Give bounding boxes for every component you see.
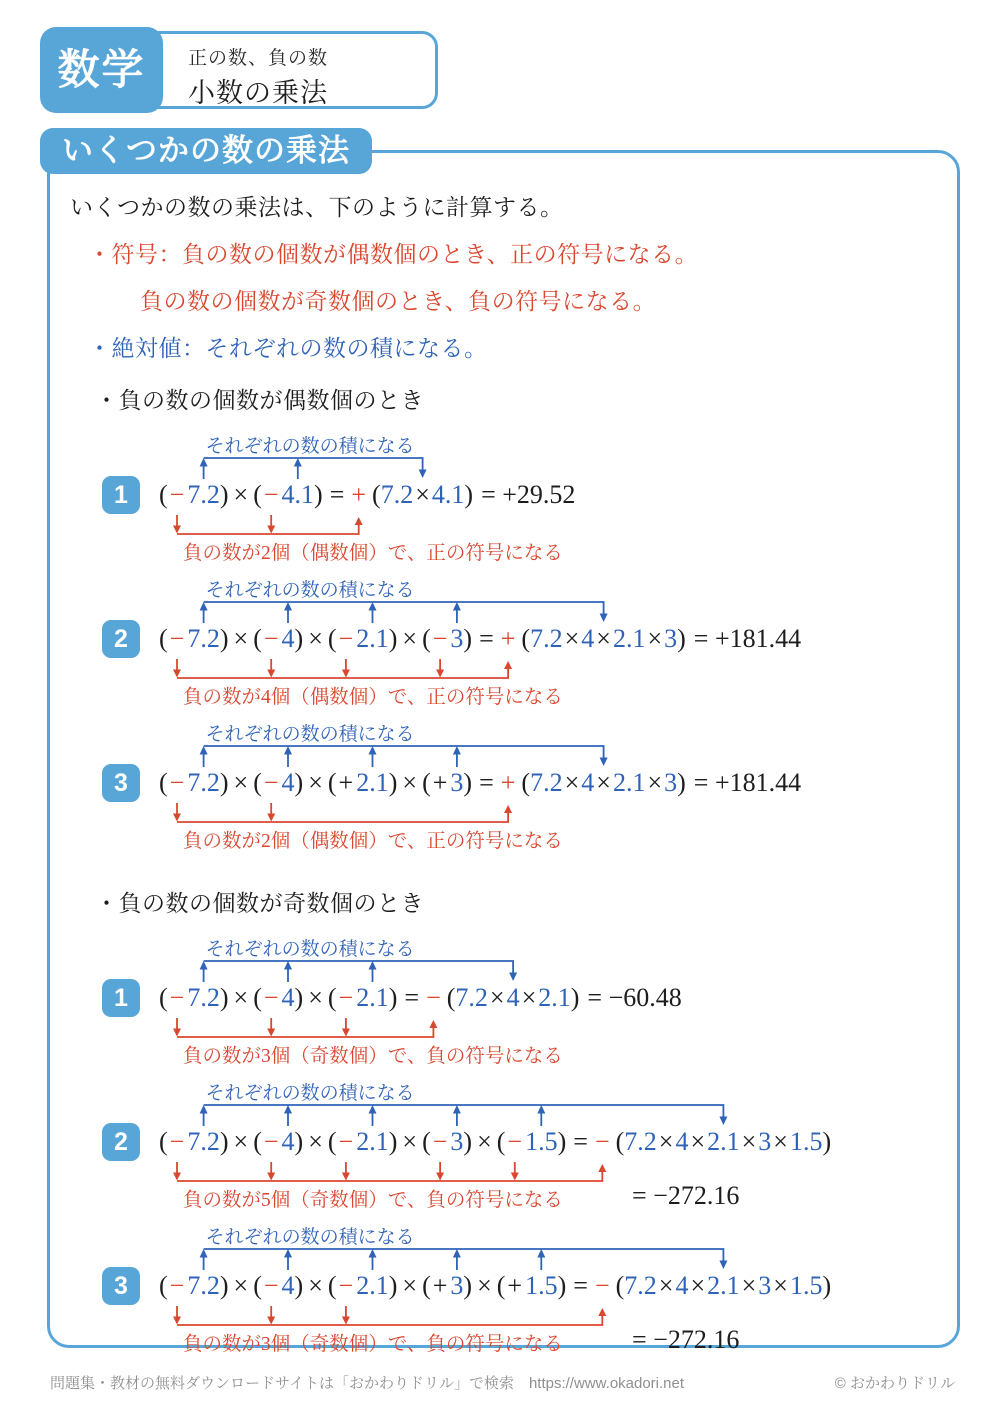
times-operator: × (773, 1271, 788, 1300)
times-operator: × (659, 1271, 674, 1300)
odd-case-heading: ・負の数の個数が奇数個のとき (95, 885, 945, 918)
factor-value: 1.5 (525, 1127, 558, 1156)
product-value: 3 (664, 768, 677, 797)
times-operator: × (596, 768, 611, 797)
open-paren: ( (253, 983, 262, 1012)
section-heading-badge: いくつかの数の乗法 (40, 128, 372, 174)
factor-value: 7.2 (187, 624, 220, 653)
equation-line: 1(−7.2)×(−4.1)=+(7.2×4.1)= +29.52 (102, 473, 945, 517)
factor-sign: − (264, 624, 279, 653)
factor-value: 4 (282, 768, 295, 797)
factor-value: 3 (450, 1127, 463, 1156)
sign-bracket-arrows (102, 659, 945, 681)
factor-value: 4 (282, 1271, 295, 1300)
example-row: それぞれの数の積になる3(−7.2)×(−4)×(−2.1)×(+3)×(+1.… (102, 1222, 945, 1354)
open-paren: ( (616, 1271, 625, 1300)
close-paren: ) (558, 1127, 567, 1156)
result-sign: + (351, 480, 366, 509)
factor-value: 7.2 (187, 983, 220, 1012)
open-paren: ( (253, 624, 262, 653)
times-operator: × (477, 1127, 492, 1156)
close-paren: ) (220, 983, 229, 1012)
equation-line: 2(−7.2)×(−4)×(−2.1)×(−3)×(−1.5)=−(7.2×4×… (102, 1120, 945, 1164)
product-value: 7.2 (530, 768, 563, 797)
equation-line: 1(−7.2)×(−4)×(−2.1)=−(7.2×4×2.1)= −60.48 (102, 976, 945, 1020)
factor-sign: − (264, 768, 279, 797)
factor-sign: + (433, 768, 448, 797)
even-case-heading: ・負の数の個数が偶数個のとき (95, 382, 945, 415)
product-annotation-text: それぞれの数の積になる (206, 719, 415, 746)
open-paren: ( (328, 1127, 337, 1156)
product-value: 7.2 (624, 1127, 657, 1156)
open-paren: ( (328, 983, 337, 1012)
times-operator: × (596, 624, 611, 653)
product-annotation-text: それぞれの数の積になる (206, 431, 415, 458)
open-paren: ( (159, 983, 168, 1012)
factor-sign: − (170, 624, 185, 653)
product-value: 3 (664, 624, 677, 653)
product-group: (7.2×4×2.1) (447, 983, 580, 1012)
close-paren: ) (464, 480, 473, 509)
sign-annotation-row: 負の数が3個（奇数個）で、負の符号になる (102, 1040, 945, 1066)
result-value-second-line: = −272.16 (632, 1325, 739, 1355)
close-paren: ) (295, 1271, 304, 1300)
times-operator: × (308, 624, 323, 653)
factor-value: 7.2 (187, 1271, 220, 1300)
sign-bracket-arrows (102, 1306, 945, 1328)
footer-copyright: © おかわりドリル (835, 1372, 955, 1393)
open-paren: ( (497, 1127, 506, 1156)
sign-bracket-arrows (102, 515, 945, 537)
unit-label: 正の数、負の数 (188, 43, 435, 70)
worksheet-page: 正の数、負の数 小数の乗法 数学 いくつかの数の乗法 いくつかの数の乗法は、下の… (0, 0, 1000, 1415)
times-operator: × (234, 768, 249, 797)
times-operator: × (308, 1271, 323, 1300)
open-paren: ( (159, 1127, 168, 1156)
times-operator: × (402, 624, 417, 653)
result-sign: − (426, 983, 441, 1012)
times-operator: × (234, 480, 249, 509)
result-sign: − (595, 1127, 610, 1156)
product-annotation-row: それぞれの数の積になる (102, 719, 945, 743)
result-value: = +181.44 (694, 768, 801, 797)
result-value: = −60.48 (587, 983, 681, 1012)
product-value: 4 (581, 768, 594, 797)
factor-sign: − (339, 1127, 354, 1156)
product-group: (7.2×4×2.1×3) (521, 624, 685, 653)
absolute-value-rule: ・絶対値：それぞれの数の積になる。 (88, 330, 945, 363)
open-paren: ( (422, 768, 431, 797)
result-value-second-line: = −272.16 (632, 1181, 739, 1211)
factor-value: 3 (450, 768, 463, 797)
factor-sign: − (433, 624, 448, 653)
times-operator: × (402, 1127, 417, 1156)
sign-annotation-row: 負の数が3個（奇数個）で、負の符号になる= −272.16 (102, 1328, 945, 1354)
product-value: 4 (581, 624, 594, 653)
open-paren: ( (422, 1127, 431, 1156)
sign-annotation-text: 負の数が3個（奇数個）で、負の符号になる (183, 1040, 563, 1068)
sign-bracket-arrows (102, 1018, 945, 1040)
product-group: (7.2×4×2.1×3×1.5) (616, 1127, 832, 1156)
product-annotation-row: それぞれの数の積になる (102, 1222, 945, 1246)
factor-value: 1.5 (525, 1271, 558, 1300)
equation-line: 2(−7.2)×(−4)×(−2.1)×(−3)=+(7.2×4×2.1×3)=… (102, 617, 945, 661)
example-number-badge: 1 (102, 979, 140, 1017)
times-operator: × (659, 1127, 674, 1156)
sign-annotation-text: 負の数が4個（偶数個）で、正の符号になる (183, 681, 563, 709)
footer: 問題集・教材の無料ダウンロードサイトは「おかわりドリル」で検索 https://… (50, 1372, 955, 1393)
close-paren: ) (220, 1271, 229, 1300)
product-value: 7.2 (381, 480, 414, 509)
sign-annotation-text: 負の数が2個（偶数個）で、正の符号になる (183, 825, 563, 853)
factor-sign: − (264, 1271, 279, 1300)
subject-badge: 数学 (40, 27, 163, 113)
equation: (−7.2)×(−4.1)=+(7.2×4.1)= +29.52 (159, 480, 575, 510)
sign-bracket-arrows (102, 803, 945, 825)
product-value: 2.1 (613, 624, 646, 653)
sign-annotation-text: 負の数が3個（奇数個）で、負の符号になる (183, 1328, 563, 1356)
result-value: = +181.44 (694, 624, 801, 653)
odd-examples: それぞれの数の積になる1(−7.2)×(−4)×(−2.1)=−(7.2×4×2… (70, 934, 945, 1354)
factor-value: 7.2 (187, 768, 220, 797)
product-annotation-text: それぞれの数の積になる (206, 934, 415, 961)
factor-sign: − (339, 983, 354, 1012)
factor-value: 3 (450, 1271, 463, 1300)
close-paren: ) (389, 1271, 398, 1300)
equation: (−7.2)×(−4)×(−2.1)×(−3)=+(7.2×4×2.1×3)= … (159, 624, 801, 654)
product-annotation-row: それぞれの数の積になる (102, 1078, 945, 1102)
close-paren: ) (463, 768, 472, 797)
product-value: 7.2 (624, 1271, 657, 1300)
times-operator: × (742, 1271, 757, 1300)
factor-sign: − (264, 1127, 279, 1156)
factor-sign: − (339, 1271, 354, 1300)
product-annotation-text: それぞれの数の積になる (206, 1222, 415, 1249)
open-paren: ( (328, 768, 337, 797)
result-sign: + (501, 768, 516, 797)
open-paren: ( (253, 768, 262, 797)
equals-sign: = (573, 1271, 588, 1300)
factor-sign: − (170, 1127, 185, 1156)
times-operator: × (522, 983, 537, 1012)
factor-sign: − (170, 983, 185, 1012)
equals-sign: = (330, 480, 345, 509)
factor-sign: + (339, 768, 354, 797)
factor-value: 7.2 (187, 480, 220, 509)
equation: (−7.2)×(−4)×(+2.1)×(+3)=+(7.2×4×2.1×3)= … (159, 768, 801, 798)
equals-sign: = (573, 1127, 588, 1156)
result-value: = +29.52 (481, 480, 575, 509)
result-sign: − (595, 1271, 610, 1300)
sign-annotation-text: 負の数が2個（偶数個）で、正の符号になる (183, 537, 563, 565)
factor-value: 2.1 (356, 768, 389, 797)
times-operator: × (565, 768, 580, 797)
times-operator: × (690, 1271, 705, 1300)
times-operator: × (234, 1271, 249, 1300)
factor-value: 2.1 (356, 624, 389, 653)
sign-annotation-row: 負の数が2個（偶数個）で、正の符号になる (102, 537, 945, 563)
times-operator: × (308, 1127, 323, 1156)
equals-sign: = (479, 624, 494, 653)
times-operator: × (690, 1127, 705, 1156)
factor-sign: − (339, 624, 354, 653)
equation-line: 3(−7.2)×(−4)×(−2.1)×(+3)×(+1.5)=−(7.2×4×… (102, 1264, 945, 1308)
product-annotation-row: それぞれの数の積になる (102, 934, 945, 958)
factor-value: 4 (282, 983, 295, 1012)
close-paren: ) (463, 624, 472, 653)
equals-sign: = (479, 768, 494, 797)
factor-value: 2.1 (356, 983, 389, 1012)
example-number-badge: 2 (102, 1123, 140, 1161)
intro-text: いくつかの数の乗法は、下のように計算する。 (70, 189, 945, 222)
example-row: それぞれの数の積になる1(−7.2)×(−4)×(−2.1)=−(7.2×4×2… (102, 934, 945, 1066)
open-paren: ( (328, 1271, 337, 1300)
times-operator: × (647, 768, 662, 797)
sign-annotation-row: 負の数が4個（偶数個）で、正の符号になる (102, 681, 945, 707)
result-sign: + (501, 624, 516, 653)
sign-annotation-row: 負の数が5個（奇数個）で、負の符号になる= −272.16 (102, 1184, 945, 1210)
times-operator: × (308, 768, 323, 797)
open-paren: ( (159, 1271, 168, 1300)
product-value: 2.1 (707, 1271, 740, 1300)
product-value: 1.5 (790, 1127, 823, 1156)
close-paren: ) (314, 480, 323, 509)
product-annotation-text: それぞれの数の積になる (206, 575, 415, 602)
times-operator: × (308, 983, 323, 1012)
close-paren: ) (822, 1127, 831, 1156)
sign-rule-line1: ・符号：負の数の個数が偶数個のとき、正の符号になる。 (88, 236, 945, 269)
factor-sign: + (507, 1271, 522, 1300)
times-operator: × (773, 1127, 788, 1156)
times-operator: × (565, 624, 580, 653)
times-operator: × (415, 480, 430, 509)
product-group: (7.2×4×2.1×3×1.5) (616, 1271, 832, 1300)
factor-sign: − (170, 1271, 185, 1300)
factor-sign: − (264, 480, 279, 509)
sign-annotation-text: 負の数が5個（奇数個）で、負の符号になる (183, 1184, 563, 1212)
factor-sign: − (507, 1127, 522, 1156)
factor-value: 2.1 (356, 1127, 389, 1156)
close-paren: ) (220, 624, 229, 653)
factor-value: 4.1 (282, 480, 315, 509)
times-operator: × (402, 768, 417, 797)
times-operator: × (647, 624, 662, 653)
sign-annotation-row: 負の数が2個（偶数個）で、正の符号になる (102, 825, 945, 851)
product-group: (7.2×4.1) (372, 480, 473, 509)
factor-value: 3 (450, 624, 463, 653)
product-value: 7.2 (455, 983, 488, 1012)
product-value: 4 (675, 1127, 688, 1156)
open-paren: ( (372, 480, 381, 509)
times-operator: × (402, 1271, 417, 1300)
product-group: (7.2×4×2.1×3) (521, 768, 685, 797)
equals-sign: = (404, 983, 419, 1012)
factor-value: 4 (282, 1127, 295, 1156)
example-row: それぞれの数の積になる3(−7.2)×(−4)×(+2.1)×(+3)=+(7.… (102, 719, 945, 851)
open-paren: ( (253, 1271, 262, 1300)
example-row: それぞれの数の積になる1(−7.2)×(−4.1)=+(7.2×4.1)= +2… (102, 431, 945, 563)
times-operator: × (490, 983, 505, 1012)
times-operator: × (742, 1127, 757, 1156)
equation-line: 3(−7.2)×(−4)×(+2.1)×(+3)=+(7.2×4×2.1×3)=… (102, 761, 945, 805)
open-paren: ( (253, 480, 262, 509)
times-operator: × (234, 1127, 249, 1156)
factor-value: 2.1 (356, 1271, 389, 1300)
close-paren: ) (389, 624, 398, 653)
close-paren: ) (677, 624, 686, 653)
factor-sign: − (170, 480, 185, 509)
product-value: 4 (507, 983, 520, 1012)
times-operator: × (477, 1271, 492, 1300)
example-number-badge: 3 (102, 764, 140, 802)
factor-value: 7.2 (187, 1127, 220, 1156)
times-operator: × (234, 983, 249, 1012)
product-value: 3 (758, 1271, 771, 1300)
equation: (−7.2)×(−4)×(−2.1)×(+3)×(+1.5)=−(7.2×4×2… (159, 1271, 831, 1301)
equation: (−7.2)×(−4)×(−2.1)×(−3)×(−1.5)=−(7.2×4×2… (159, 1127, 831, 1157)
topic-label: 小数の乗法 (188, 71, 435, 110)
close-paren: ) (571, 983, 580, 1012)
close-paren: ) (295, 1127, 304, 1156)
times-operator: × (234, 624, 249, 653)
close-paren: ) (295, 768, 304, 797)
open-paren: ( (159, 480, 168, 509)
sign-rule-line2: 負の数の個数が奇数個のとき、負の符号になる。 (140, 283, 945, 316)
product-value: 3 (758, 1127, 771, 1156)
even-examples: それぞれの数の積になる1(−7.2)×(−4.1)=+(7.2×4.1)= +2… (70, 431, 945, 851)
open-paren: ( (159, 768, 168, 797)
example-row: それぞれの数の積になる2(−7.2)×(−4)×(−2.1)×(−3)=+(7.… (102, 575, 945, 707)
product-annotation-text: それぞれの数の積になる (206, 1078, 415, 1105)
example-number-badge: 1 (102, 476, 140, 514)
equation: (−7.2)×(−4)×(−2.1)=−(7.2×4×2.1)= −60.48 (159, 983, 682, 1013)
close-paren: ) (677, 768, 686, 797)
product-value: 1.5 (790, 1271, 823, 1300)
product-value: 2.1 (538, 983, 571, 1012)
close-paren: ) (389, 983, 398, 1012)
open-paren: ( (422, 1271, 431, 1300)
sign-bracket-arrows (102, 1162, 945, 1184)
close-paren: ) (220, 768, 229, 797)
factor-sign: + (433, 1271, 448, 1300)
example-row: それぞれの数の積になる2(−7.2)×(−4)×(−2.1)×(−3)×(−1.… (102, 1078, 945, 1210)
example-number-badge: 3 (102, 1267, 140, 1305)
factor-sign: − (264, 983, 279, 1012)
factor-value: 4 (282, 624, 295, 653)
close-paren: ) (463, 1271, 472, 1300)
factor-sign: − (433, 1127, 448, 1156)
product-annotation-row: それぞれの数の積になる (102, 431, 945, 455)
open-paren: ( (422, 624, 431, 653)
close-paren: ) (389, 1127, 398, 1156)
footer-site-text: 問題集・教材の無料ダウンロードサイトは「おかわりドリル」で検索 https://… (50, 1372, 684, 1393)
open-paren: ( (159, 624, 168, 653)
product-value: 7.2 (530, 624, 563, 653)
product-value: 2.1 (707, 1127, 740, 1156)
close-paren: ) (220, 1127, 229, 1156)
example-number-badge: 2 (102, 620, 140, 658)
close-paren: ) (220, 480, 229, 509)
close-paren: ) (295, 624, 304, 653)
open-paren: ( (616, 1127, 625, 1156)
product-value: 4 (675, 1271, 688, 1300)
open-paren: ( (521, 624, 530, 653)
close-paren: ) (389, 768, 398, 797)
product-value: 4.1 (432, 480, 465, 509)
close-paren: ) (295, 983, 304, 1012)
factor-sign: − (170, 768, 185, 797)
open-paren: ( (253, 1127, 262, 1156)
product-value: 2.1 (613, 768, 646, 797)
open-paren: ( (328, 624, 337, 653)
close-paren: ) (558, 1271, 567, 1300)
product-annotation-row: それぞれの数の積になる (102, 575, 945, 599)
content-box: いくつかの数の乗法は、下のように計算する。 ・符号：負の数の個数が偶数個のとき、… (47, 150, 960, 1348)
open-paren: ( (521, 768, 530, 797)
close-paren: ) (822, 1271, 831, 1300)
close-paren: ) (463, 1127, 472, 1156)
open-paren: ( (497, 1271, 506, 1300)
